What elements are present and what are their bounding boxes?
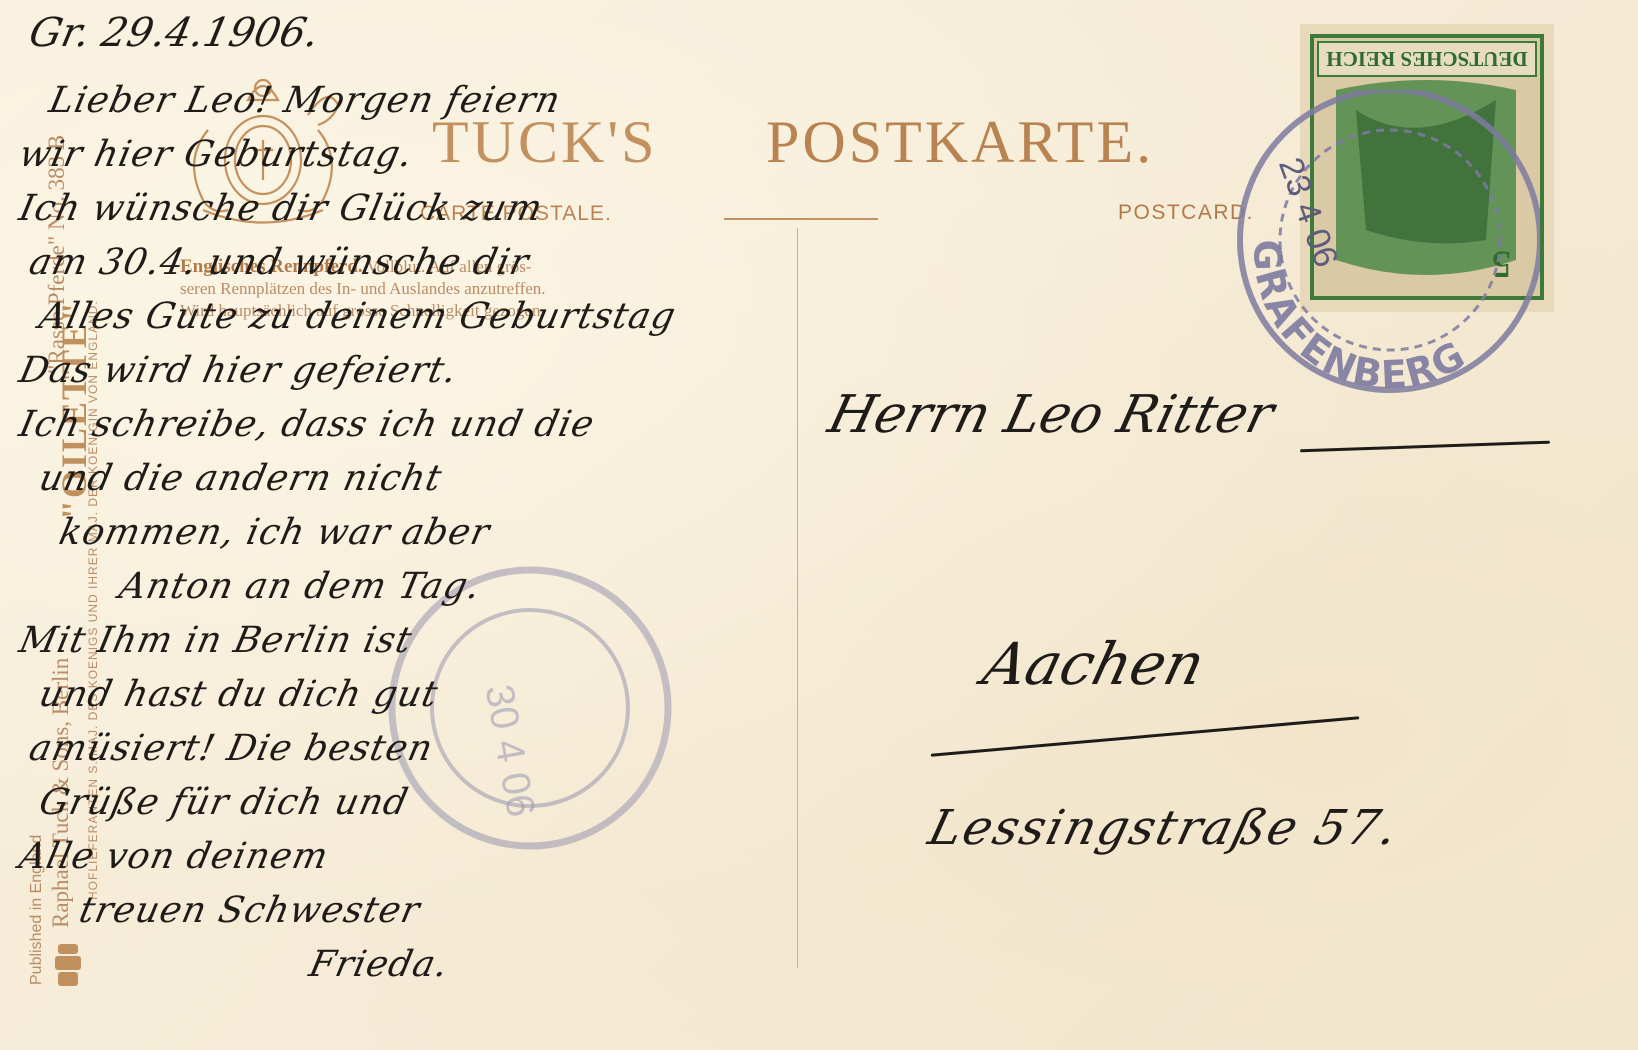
recipient-name: Herrn Leo Ritter bbox=[823, 385, 1280, 445]
postkarte-title: POSTKARTE. bbox=[766, 108, 1154, 177]
message-line: Anton an dem Tag. bbox=[116, 566, 485, 607]
tuck-logo-icon bbox=[52, 940, 84, 990]
svg-text:DEUTSCHES REICH: DEUTSCHES REICH bbox=[1326, 47, 1527, 71]
message-line: Frieda. bbox=[306, 944, 453, 985]
message-line: Lieber Leo! Morgen feiern bbox=[46, 80, 565, 121]
message-line: Ich wünsche dir Glück zum bbox=[16, 188, 547, 229]
message-line: Ich schreibe, dass ich und die bbox=[16, 404, 599, 445]
postcard-back: TUCK'S POSTKARTE. CARTE POSTALE. POSTCAR… bbox=[0, 0, 1638, 1050]
message-line: wir hier Geburtstag. bbox=[16, 134, 417, 175]
address-underline-1 bbox=[1300, 441, 1550, 453]
header-rule bbox=[724, 218, 878, 220]
message-line: Alle von deinem bbox=[16, 836, 333, 877]
message-line: Das wird hier gefeiert. bbox=[16, 350, 462, 391]
svg-text:GRAFENBERG: GRAFENBERG bbox=[1245, 239, 1474, 397]
address-divider bbox=[797, 228, 798, 968]
recipient-city: Aachen bbox=[977, 630, 1212, 698]
message-line: und die andern nicht bbox=[36, 458, 446, 499]
message-line: am 30.4. und wünsche dir bbox=[26, 242, 533, 283]
message-line: Alles Gute zu deinem Geburtstag bbox=[36, 296, 680, 337]
cancellation-postmark: GRAFENBERG 23 4 06 bbox=[1200, 90, 1540, 410]
svg-text:30 4 06: 30 4 06 bbox=[477, 681, 544, 820]
city-underline bbox=[931, 716, 1360, 756]
message-line: und hast du dich gut bbox=[36, 674, 442, 715]
message-line: kommen, ich war aber bbox=[56, 512, 494, 553]
handwritten-date: Gr. 29.4.1906. bbox=[25, 10, 323, 56]
message-line: Grüße für dich und bbox=[36, 782, 413, 823]
message-line: Mit Ihm in Berlin ist bbox=[16, 620, 416, 661]
message-line: treuen Schwester bbox=[76, 890, 424, 931]
message-line: amüsiert! Die besten bbox=[26, 728, 437, 769]
recipient-street: Lessingstraße 57. bbox=[923, 800, 1405, 856]
